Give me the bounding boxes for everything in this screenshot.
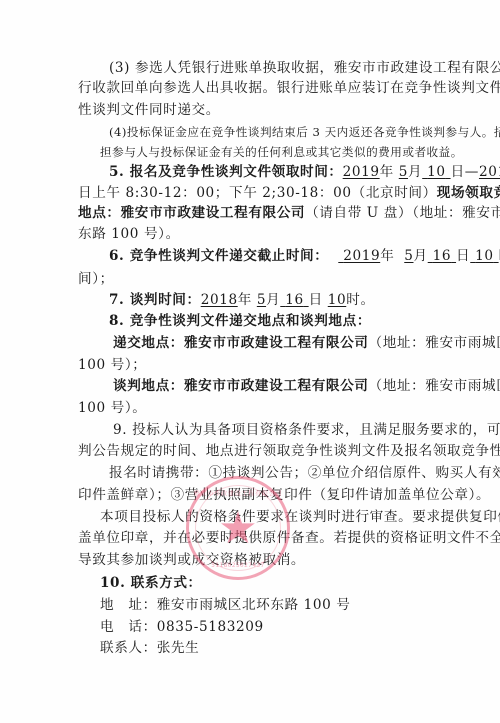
- item9-line6: 盖单位印章，并在必要时提供原件备查。若提供的资格证明文件不全或不实，将: [78, 530, 500, 546]
- item10-heading: 10. 联系方式：: [100, 575, 202, 591]
- item7-hour-suffix: 时。: [346, 292, 374, 308]
- item6-day-suffix: 日: [456, 248, 470, 264]
- document-page: (3) 参选人凭银行进账单换取收据，雅安市市政建设工程有限公司凭银 行收款回单向…: [0, 0, 500, 723]
- item5-year-suffix: 年: [380, 164, 394, 180]
- contact-label: 联系人：: [100, 640, 157, 656]
- item3-line3: 性谈判文件同时递交。: [78, 102, 220, 118]
- item5-start-month: 5: [399, 164, 408, 180]
- item5-time-range: 日上午 8:30-12：00；下午 2;30-18：00（北京时间）: [78, 185, 437, 201]
- contact-phone: 电 话：0835-5183209: [100, 619, 264, 635]
- item8-nego-label: 谈判地点：雅安市市政建设工程有限公司: [113, 378, 369, 394]
- item7-day: 16: [280, 292, 308, 308]
- contact-value: 张先生: [157, 640, 200, 656]
- item6-label: 6. 竞争性谈判文件递交截止时间：: [109, 248, 328, 264]
- address-value: 雅安市雨城区北环东路 100 号: [157, 597, 351, 613]
- item4-line1: (4)投标保证金应在竞争性谈判结束后 3 天内返还各竞争性谈判参与人。招标人不承: [109, 124, 500, 140]
- item7-year-suffix: 年: [238, 292, 252, 308]
- item5-line2: 日上午 8:30-12：00；下午 2;30-18：00（北京时间）现场领取竞争…: [78, 185, 500, 201]
- item9-line3: 报名时请携带：①持谈判公告；②单位介绍信原件、购买人有效身份证（复: [109, 465, 500, 481]
- item4-line2: 担参与人与投标保证金有关的任何利息或其它类似的费用或者收益。: [100, 144, 463, 160]
- item8-nego-address: （地址：雅安市雨城区北环东路: [369, 378, 500, 394]
- item6-day-value: 16: [433, 248, 452, 264]
- contact-person: 联系人：张先生: [100, 640, 199, 656]
- item9-line7: 导致其参加谈判或成交资格被取消。: [78, 552, 305, 568]
- item5-line3: 地点：雅安市市政建设工程有限公司（请自带 U 盘）（地址：雅安市雨城区北环: [78, 205, 500, 221]
- item6-month: 5: [404, 248, 413, 264]
- item7-month: 5: [257, 292, 266, 308]
- item6-hour: 10: [470, 248, 498, 264]
- item8-submit-line2: 100 号）；: [78, 357, 146, 373]
- item5-day-dash: 日—: [451, 164, 479, 180]
- item6-year-value: 2019: [343, 248, 380, 264]
- item7-label: 7. 谈判时间：: [109, 292, 201, 308]
- item5-end-year: 2019: [479, 164, 500, 180]
- item7-line: 7. 谈判时间：2018年 5月 16 日 10时。: [109, 292, 375, 308]
- address-label: 地 址：: [100, 597, 157, 613]
- item7-year: 2018: [201, 292, 238, 308]
- item9-line1: 9. 投标人认为具备项目资格条件要求，且满足服务要求的，可以按照本谈: [113, 422, 500, 438]
- item7-month-suffix: 月: [266, 292, 280, 308]
- item5-line1: 5. 报名及竞争性谈判文件领取时间：2019年 5月 10 日—2019年 5月…: [109, 164, 500, 180]
- item5-label: 5. 报名及竞争性谈判文件领取时间：: [109, 164, 343, 180]
- item5-start-day-value: 10: [427, 164, 446, 180]
- item6-month-suffix: 月: [414, 248, 428, 264]
- item6-hour-value: 10: [475, 248, 494, 264]
- item6-line2: 间）；: [78, 271, 114, 287]
- item5-location-detail: （请自带 U 盘）（地址：雅安市雨城区北环: [305, 205, 500, 221]
- item8-nego-line: 谈判地点：雅安市市政建设工程有限公司（地址：雅安市雨城区北环东路: [113, 378, 500, 394]
- phone-label: 电 话：: [100, 619, 157, 635]
- item8-submit-address: （地址：雅安市雨城区北环东路: [369, 335, 500, 351]
- item7-hour: 10: [328, 292, 347, 308]
- item8-submit-line: 递交地点：雅安市市政建设工程有限公司（地址：雅安市雨城区北环东路: [113, 335, 500, 351]
- item5-start-day: 10: [422, 164, 450, 180]
- item8-heading: 8. 竞争性谈判文件递交地点和谈判地点：: [109, 313, 371, 329]
- item6-line1: 6. 竞争性谈判文件递交截止时间： 2019年 5月 16 日 10 时（北京时: [109, 248, 500, 264]
- item9-line4: 印件盖鲜章）；③营业执照副本复印件（复印件请加盖单位公章）。: [78, 487, 490, 503]
- item3-line2: 行收款回单向参选人出具收据。银行进账单应装订在竞争性谈判文件里与竞争: [78, 80, 500, 96]
- item6-year-suffix: 年: [380, 248, 394, 264]
- item6-year: 2019: [338, 248, 380, 264]
- item9-line5: 本项目投标人的资格条件要求在谈判时进行审查。要求提供复印件的必须加: [100, 509, 500, 525]
- item8-nego-line2: 100 号）。: [78, 400, 146, 416]
- item5-location-label: 地点：雅安市市政建设工程有限公司: [78, 205, 305, 221]
- item5-line4: 东路 100 号）。: [78, 226, 180, 242]
- item7-day-value: 16: [285, 292, 304, 308]
- item9-line2: 判公告规定的时间、地点进行领取竞争性谈判文件及报名领取竞争性谈判文件。: [78, 443, 500, 459]
- item8-submit-label: 递交地点：雅安市市政建设工程有限公司: [113, 335, 369, 351]
- item5-start-year: 2019: [343, 164, 380, 180]
- contact-address: 地 址：雅安市雨城区北环东路 100 号: [100, 597, 351, 613]
- item3-line1: (3) 参选人凭银行进账单换取收据，雅安市市政建设工程有限公司凭银: [109, 60, 500, 76]
- item5-month-suffix: 月: [408, 164, 422, 180]
- item7-day-suffix: 日: [309, 292, 323, 308]
- item5-pickup-note: 现场领取竞争性谈判文件: [437, 185, 500, 201]
- item6-day: 16: [428, 248, 456, 264]
- phone-value: 0835-5183209: [157, 619, 264, 635]
